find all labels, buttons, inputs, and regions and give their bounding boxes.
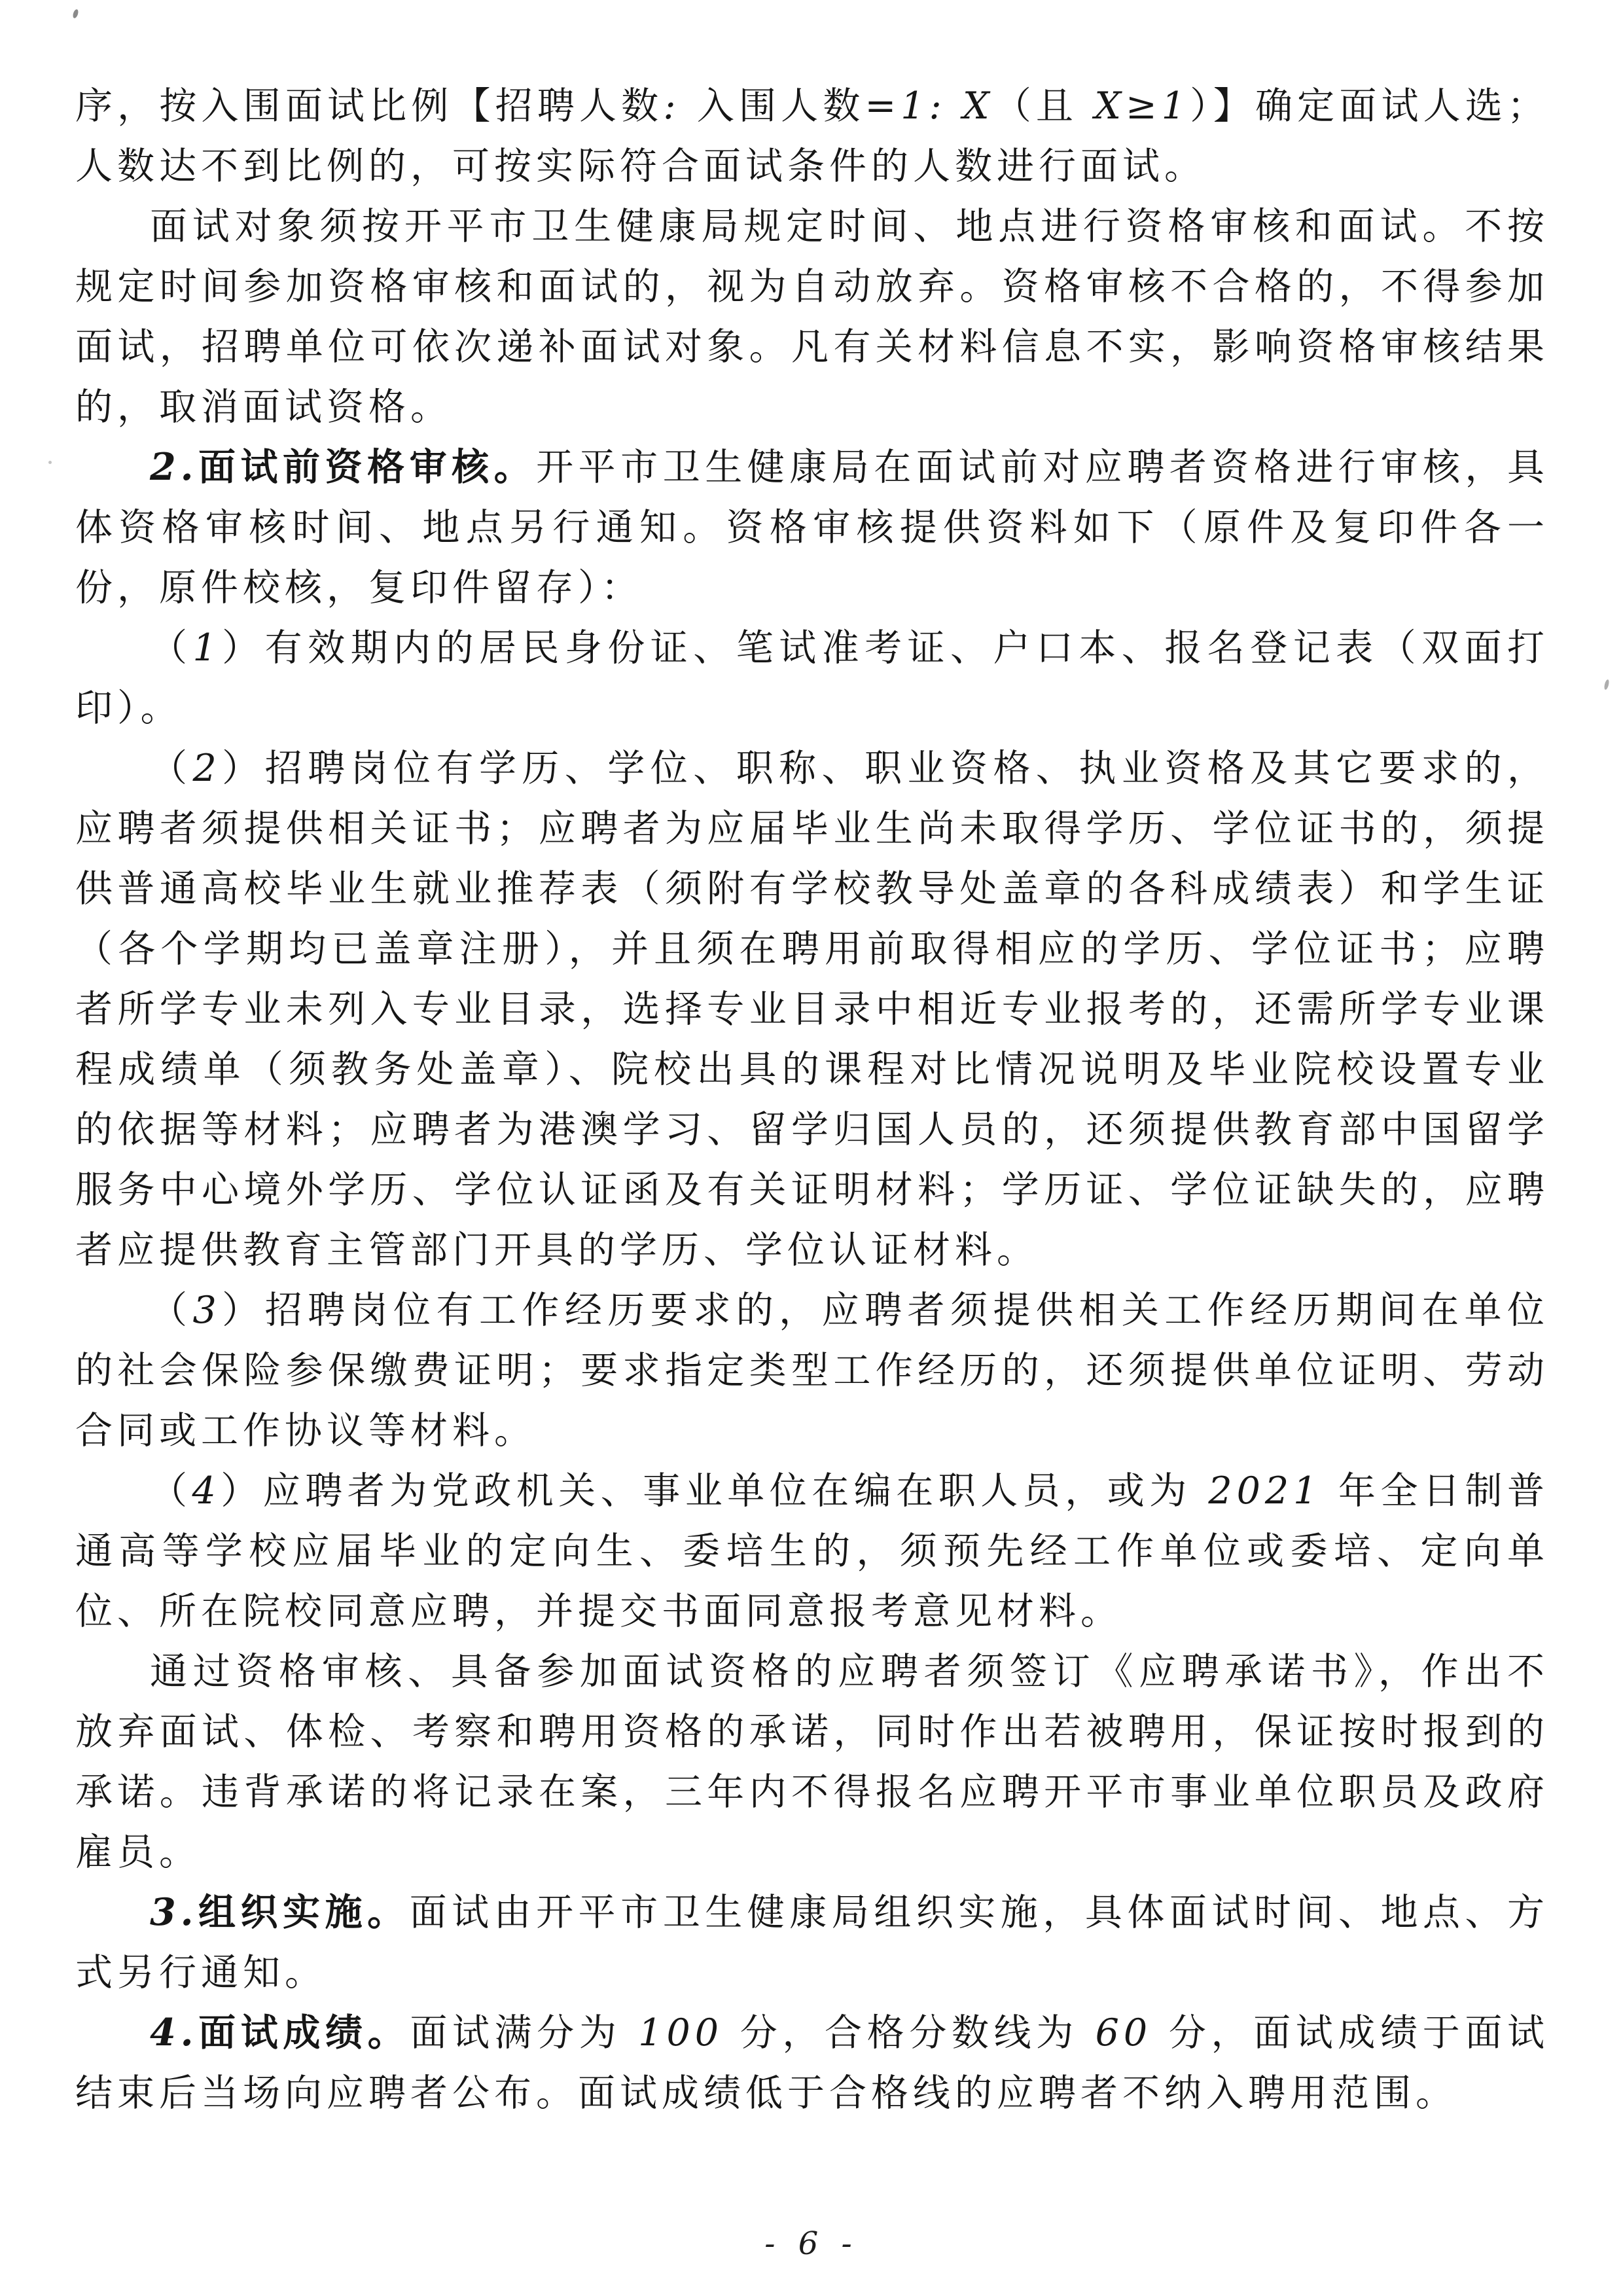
paragraph-text: 面试对象须按开平市卫生健康局规定时间、地点进行资格审核和面试。不按规定时间参加资… xyxy=(75,205,1549,429)
scan-artifact xyxy=(48,461,52,464)
paragraph: 4.面试成绩。面试满分为 100 分，合格分数线为 60 分，面试成绩于面试结束… xyxy=(75,2003,1549,2123)
paragraph: （3）招聘岗位有工作经历要求的，应聘者须提供相关工作经历期间在单位的社会保险参保… xyxy=(75,1280,1549,1461)
paragraph: 面试对象须按开平市卫生健康局规定时间、地点进行资格审核和面试。不按规定时间参加资… xyxy=(75,196,1549,437)
paragraph: （4）应聘者为党政机关、事业单位在编在职人员，或为 2021 年全日制普通高等学… xyxy=(75,1461,1549,1641)
paragraph: 通过资格审核、具备参加面试资格的应聘者须签订《应聘承诺书》，作出不放弃面试、体检… xyxy=(75,1641,1549,1882)
paragraph-text: （3）招聘岗位有工作经历要求的，应聘者须提供相关工作经历期间在单位的社会保险参保… xyxy=(75,1289,1549,1452)
scan-artifact xyxy=(1603,679,1610,691)
paragraph-lead-bold: 4.面试成绩。 xyxy=(150,2011,410,2054)
paragraph-text: （2）招聘岗位有学历、学位、职称、职业资格、执业资格及其它要求的，应聘者须提供相… xyxy=(75,747,1549,1272)
paragraph-text: 通过资格审核、具备参加面试资格的应聘者须签订《应聘承诺书》，作出不放弃面试、体检… xyxy=(75,1650,1549,1874)
scan-artifact xyxy=(72,9,79,18)
paragraph-text: （1）有效期内的居民身份证、笔试准考证、户口本、报名登记表（双面打印）。 xyxy=(75,626,1549,730)
paragraph-lead-bold: 2.面试前资格审核。 xyxy=(150,445,536,489)
page-number: - 6 - xyxy=(0,2225,1623,2262)
paragraph: 3.组织实施。面试由开平市卫生健康局组织实施，具体面试时间、地点、方式另行通知。 xyxy=(75,1882,1549,2003)
paragraph: （2）招聘岗位有学历、学位、职称、职业资格、执业资格及其它要求的，应聘者须提供相… xyxy=(75,738,1549,1280)
paragraph-lead-bold: 3.组织实施。 xyxy=(150,1890,410,1934)
document-page: 序，按入围面试比例【招聘人数: 入围人数=1: X（且 X≥1）】确定面试人选；… xyxy=(0,0,1623,2296)
paragraph-text: （4）应聘者为党政机关、事业单位在编在职人员，或为 2021 年全日制普通高等学… xyxy=(75,1469,1549,1633)
paragraph: 序，按入围面试比例【招聘人数: 入围人数=1: X（且 X≥1）】确定面试人选；… xyxy=(75,76,1549,196)
paragraph-text: 序，按入围面试比例【招聘人数: 入围人数=1: X（且 X≥1）】确定面试人选；… xyxy=(75,84,1549,188)
document-body: 序，按入围面试比例【招聘人数: 入围人数=1: X（且 X≥1）】确定面试人选；… xyxy=(75,76,1549,2123)
paragraph: （1）有效期内的居民身份证、笔试准考证、户口本、报名登记表（双面打印）。 xyxy=(75,618,1549,738)
paragraph: 2.面试前资格审核。开平市卫生健康局在面试前对应聘者资格进行审核，具体资格审核时… xyxy=(75,437,1549,618)
